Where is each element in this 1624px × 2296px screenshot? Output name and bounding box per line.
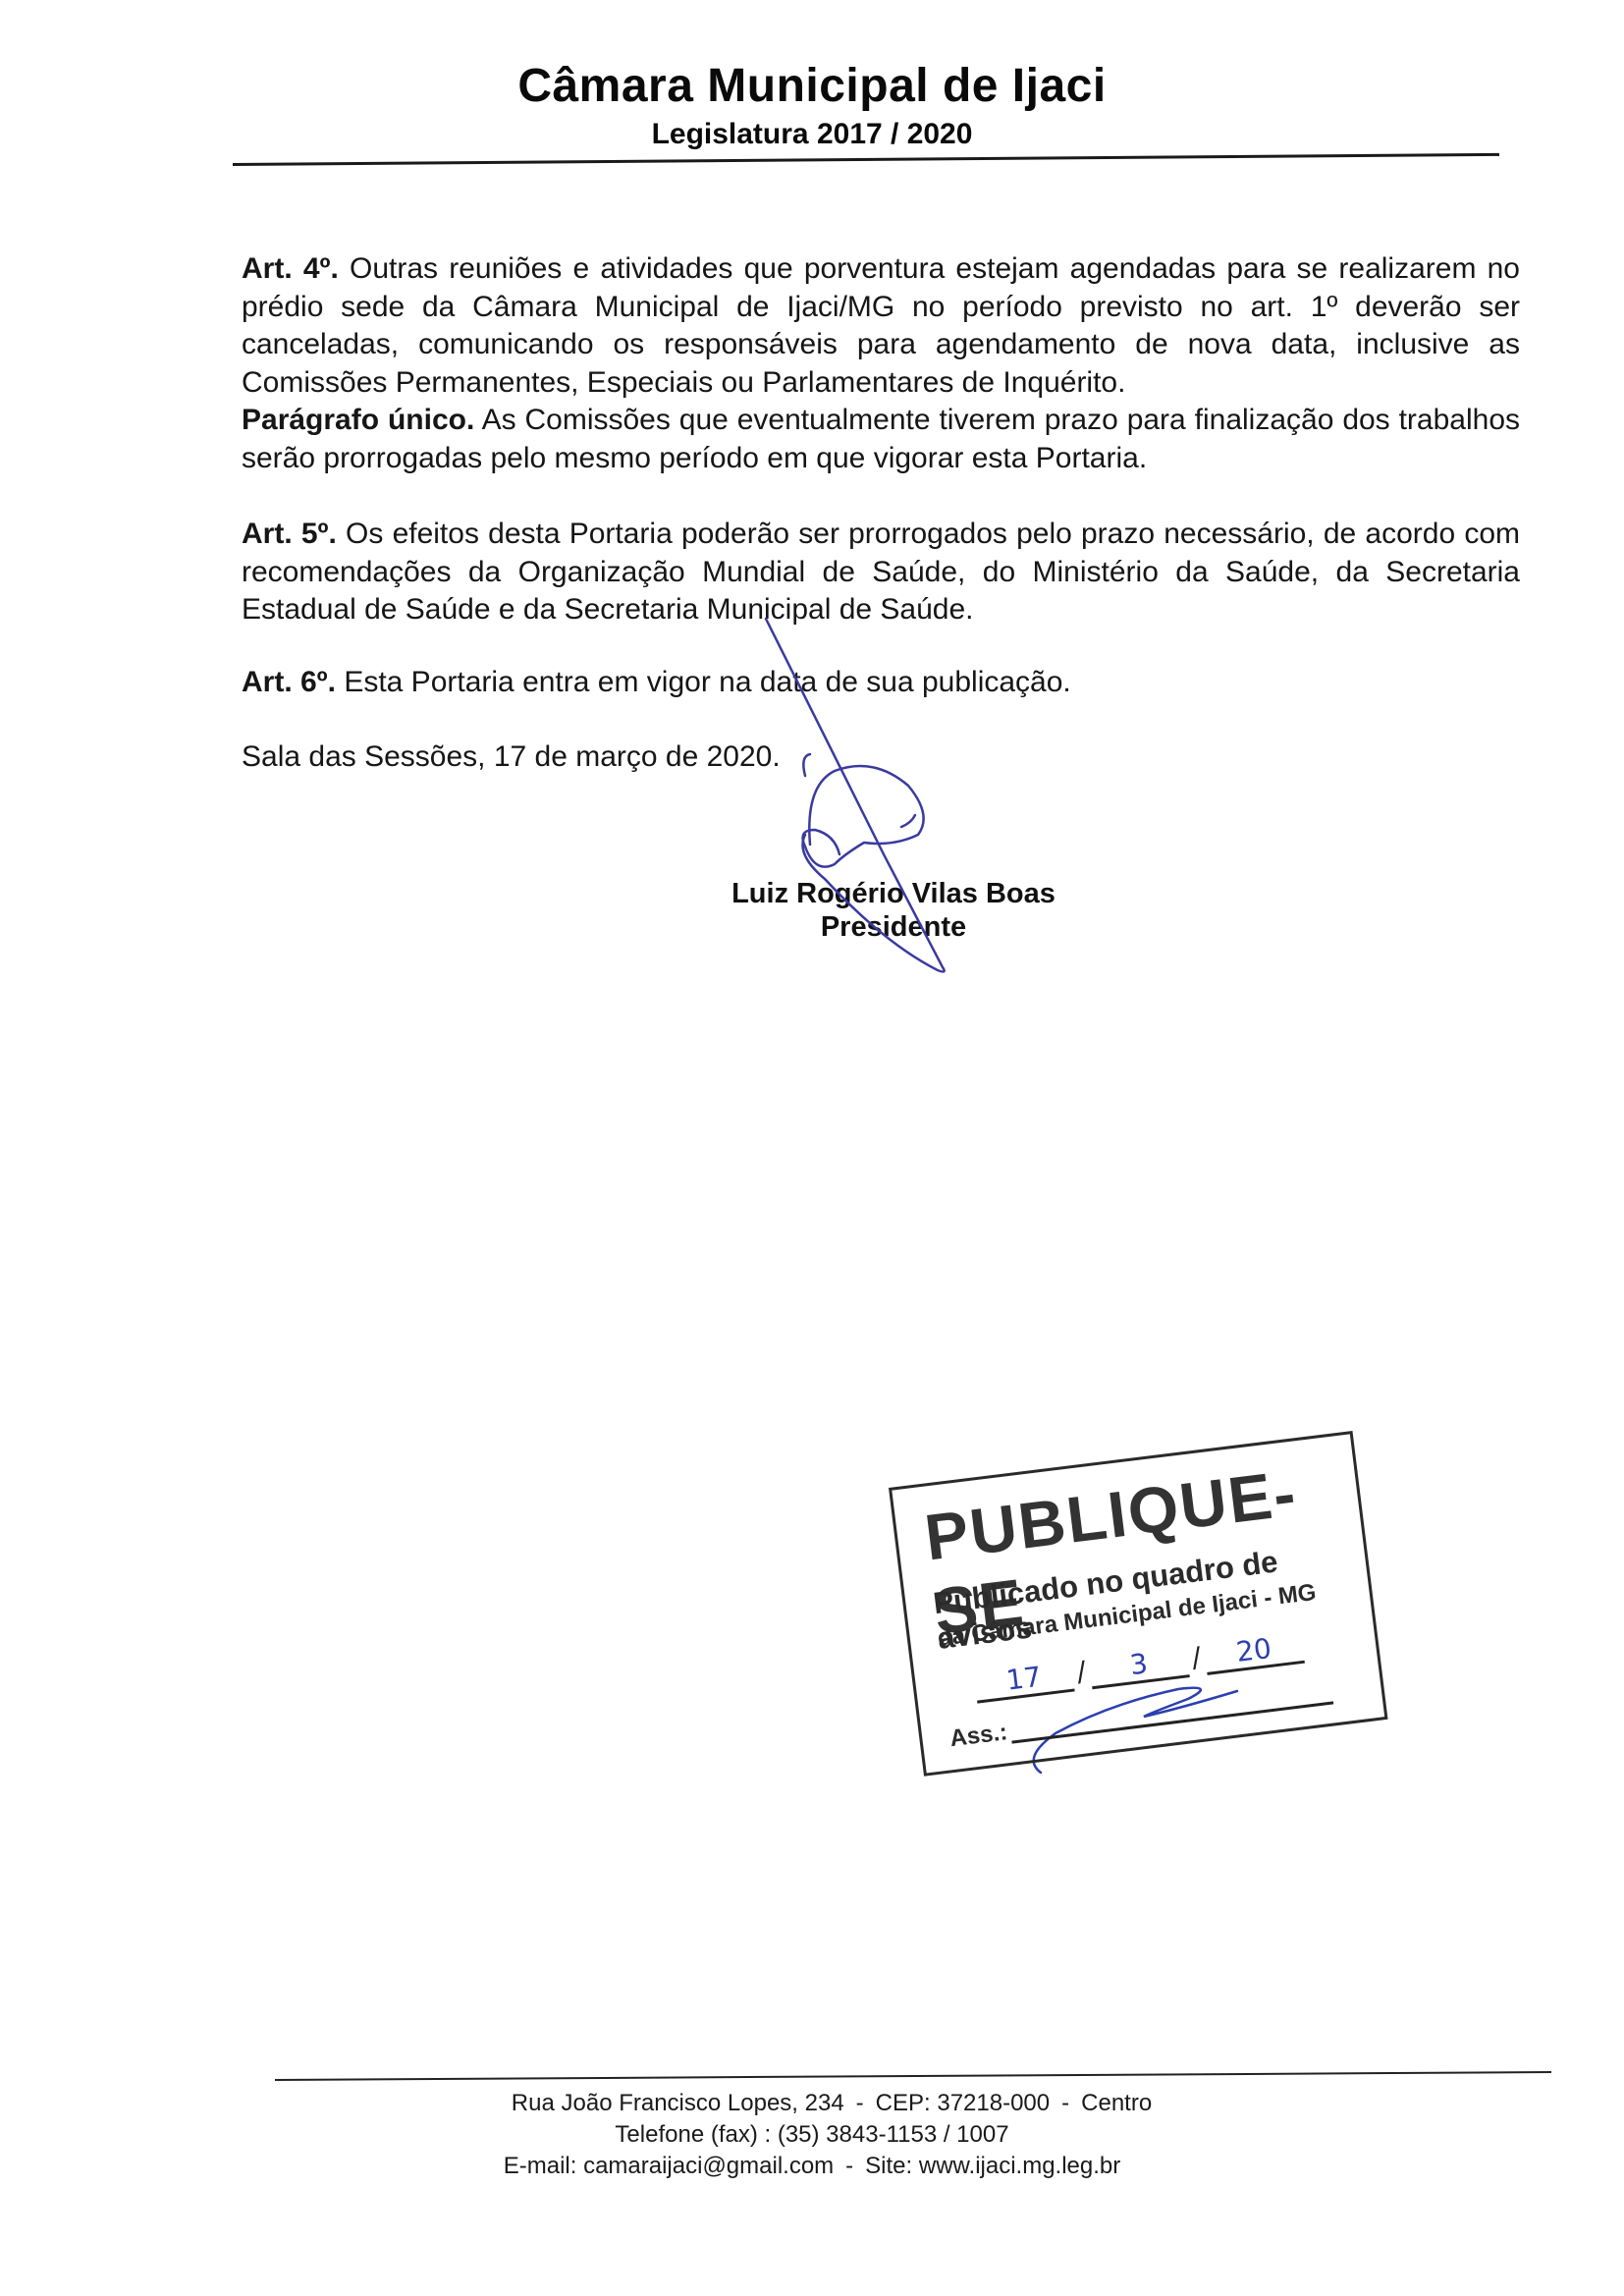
article-5: Art. 5º. Os efeitos desta Portaria poder… (242, 516, 1520, 629)
document-title: Câmara Municipal de Ijaci (0, 59, 1624, 113)
footer-address-line: Rua João Francisco Lopes, 234-CEP: 37218… (20, 2090, 1624, 2117)
article-text: Esta Portaria entra em vigor na data de … (336, 666, 1071, 698)
article-text: Os efeitos desta Portaria poderão ser pr… (242, 518, 1520, 626)
legislature-subtitle: Legislatura 2017 / 2020 (0, 118, 1624, 151)
paragraph-label: Parágrafo único. (242, 404, 474, 436)
place-date: Sala das Sessões, 17 de março de 2020. (242, 738, 1520, 777)
footer-address: Rua João Francisco Lopes, 234 (512, 2090, 844, 2116)
stamp-date-month: 3 (1088, 1642, 1190, 1689)
footer-contact-line: E-mail: camaraijaci@gmail.com-Site: www.… (0, 2153, 1624, 2180)
publication-stamp: PUBLIQUE-SE Publicado no quadro de aviso… (889, 1431, 1388, 1777)
article-6: Art. 6º. Esta Portaria entra em vigor na… (242, 664, 1520, 702)
footer-site: Site: www.ijaci.mg.leg.br (865, 2153, 1120, 2179)
stamp-date-year: 20 (1203, 1628, 1305, 1675)
article-text: Outras reuniões e atividades que porvent… (242, 252, 1520, 399)
signatory-block: Luiz Rogério Vilas Boas Presidente (687, 877, 1100, 944)
signatory-role: Presidente (687, 910, 1100, 944)
stamp-date-day: 17 (973, 1657, 1075, 1704)
footer-phone: Telefone (fax) : (35) 3843-1153 / 1007 (0, 2121, 1624, 2149)
signatory-name: Luiz Rogério Vilas Boas (687, 877, 1100, 910)
article-label: Art. 6º. (242, 666, 336, 698)
footer-divider (275, 2071, 1551, 2081)
article-4: Art. 4º. Outras reuniões e atividades qu… (242, 250, 1520, 477)
article-label: Art. 4º. (242, 252, 339, 285)
stamp-signature-label: Ass.: (948, 1719, 1009, 1753)
footer-cep: CEP: 37218-000 (876, 2090, 1050, 2116)
stamp-signature-line (1011, 1701, 1333, 1743)
footer-district: Centro (1081, 2090, 1152, 2116)
header-divider (233, 153, 1499, 166)
footer-email: E-mail: camaraijaci@gmail.com (504, 2153, 834, 2179)
article-label: Art. 5º. (242, 518, 337, 550)
